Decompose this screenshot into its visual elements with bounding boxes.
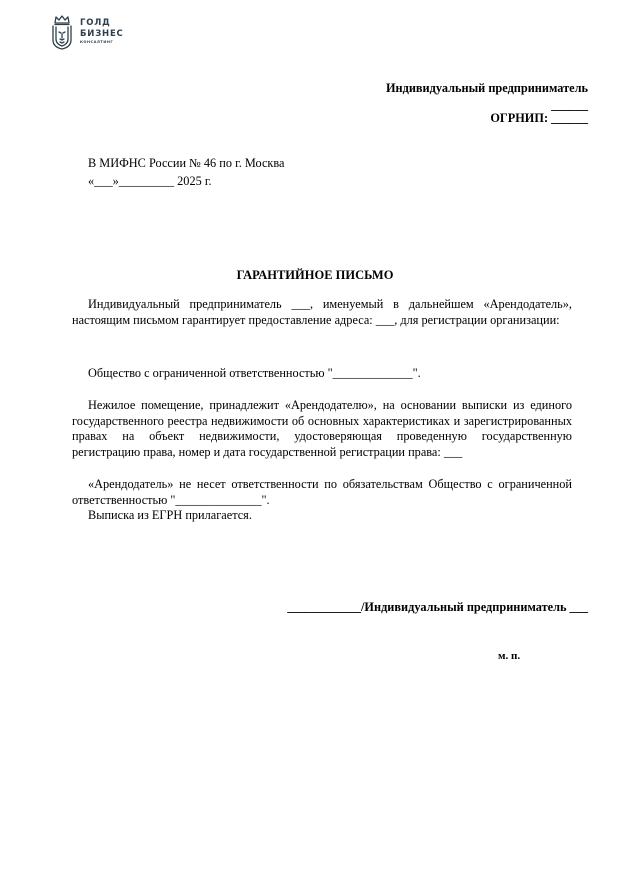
paragraph-liability: «Арендодатель» не несет ответственности …	[72, 477, 572, 508]
header-entrepreneur-title: Индивидуальный предприниматель	[386, 81, 588, 96]
document-title: ГАРАНТИЙНОЕ ПИСЬМО	[0, 268, 630, 283]
logo-line-1: ГОЛД	[80, 19, 124, 28]
logo-line-2: БИЗНЕС	[80, 30, 124, 39]
signature-line: ____________/Индивидуальный предпринимат…	[287, 600, 588, 615]
paragraph-premises: Нежилое помещение, принадлежит «Арендода…	[72, 398, 572, 460]
stamp-placeholder: м. п.	[498, 650, 520, 662]
company-logo: ГОЛД БИЗНЕС КОНСАЛТИНГ	[50, 14, 124, 50]
recipient-line: В МИФНС России № 46 по г. Москва	[88, 156, 285, 171]
paragraph-guarantee: Индивидуальный предприниматель ___, имен…	[72, 297, 572, 328]
date-line: «___»_________ 2025 г.	[88, 174, 212, 189]
paragraph-attachment: Выписка из ЕГРН прилагается.	[72, 508, 572, 524]
crowned-lion-icon	[50, 14, 74, 50]
paragraph-company: Общество с ограниченной ответственностью…	[72, 366, 572, 382]
header-ogrnip: ОГРНИП: ______	[490, 111, 588, 126]
logo-line-3: КОНСАЛТИНГ	[80, 41, 124, 45]
